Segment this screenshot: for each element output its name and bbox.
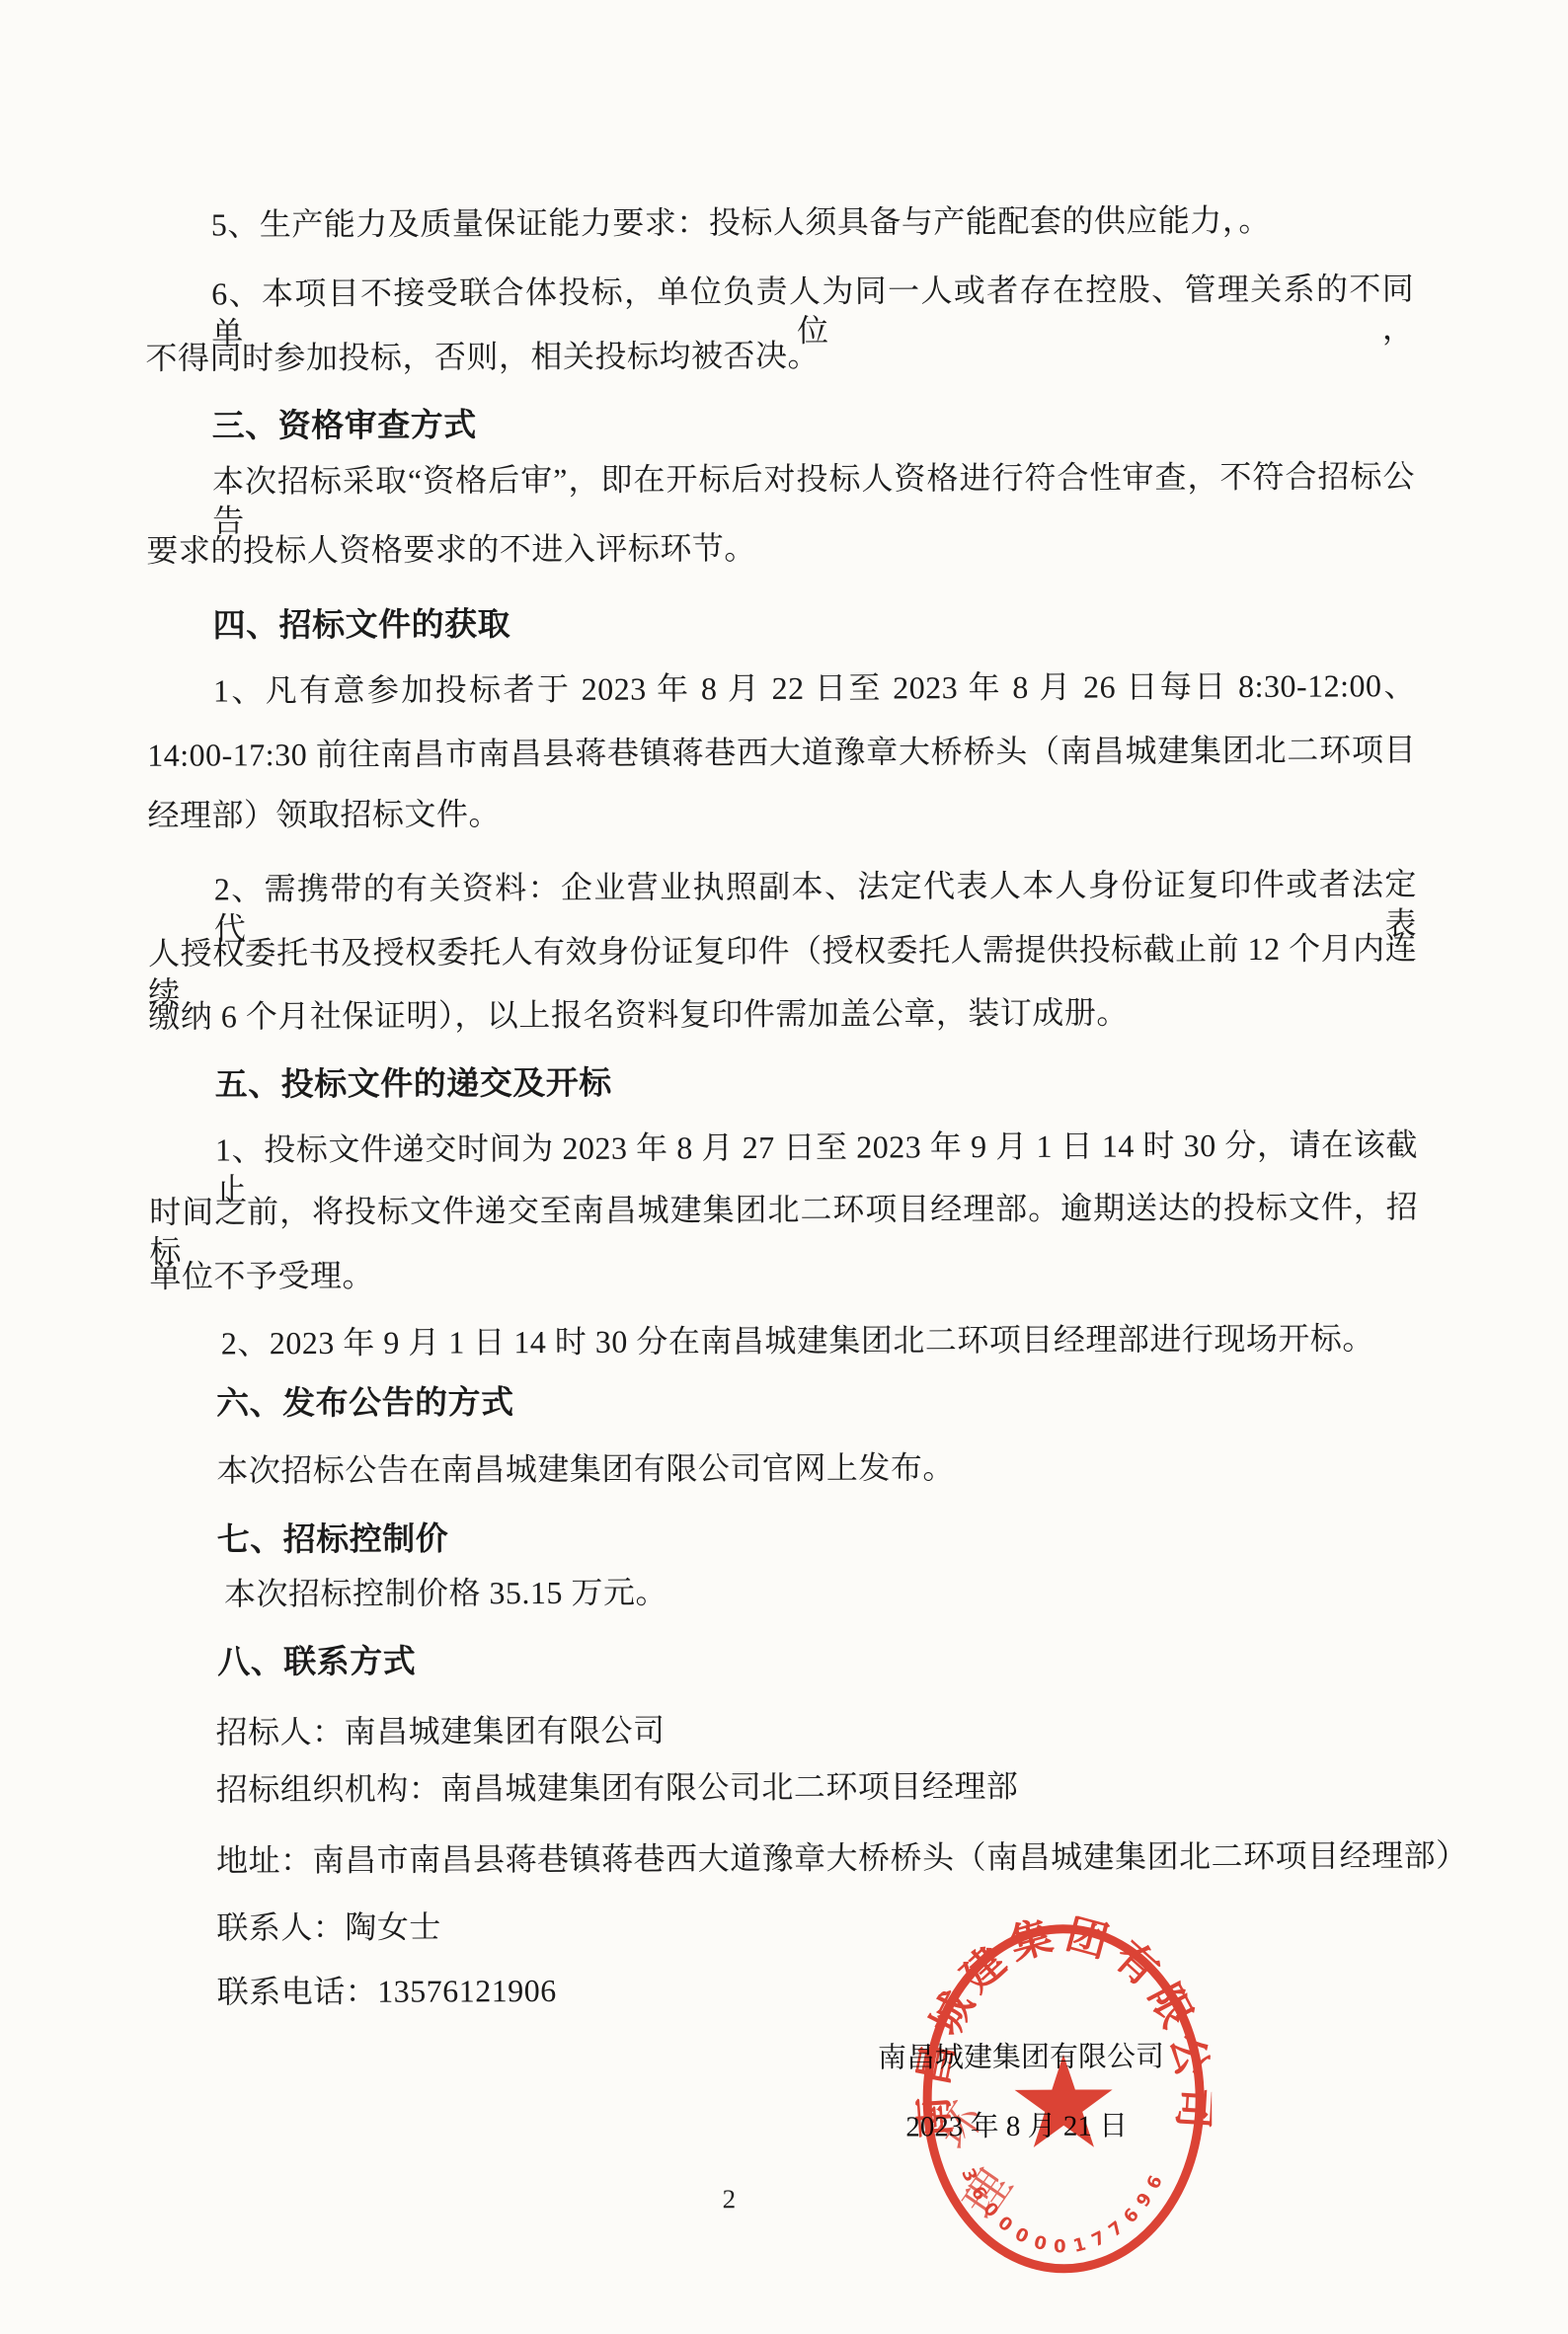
section-heading-5: 五、投标文件的递交及开标 <box>215 1064 612 1106</box>
text-line: 不得同时参加投标，否则，相关投标均被否决。 <box>145 336 820 378</box>
text-line: 要求的投标人资格要求的不进入评标环节。 <box>146 528 756 571</box>
section-heading-6: 六、发布公告的方式 <box>216 1383 514 1424</box>
text-line: 单位不予受理。 <box>149 1256 374 1296</box>
text-line: 本次招标采取“资格后审”，即在开标后对投标人资格进行符合性审查，不符合招标公告 <box>212 456 1415 540</box>
body-text-layer: 5、生产能力及质量保证能力要求：投标人须具备与产能配套的供应能力，。6、本项目不… <box>0 0 1564 3</box>
text-line: 2、2023 年 9 月 1 日 14 时 30 分在南昌城建集团北二环项目经理… <box>221 1318 1374 1362</box>
section-heading-7: 七、招标控制价 <box>217 1519 449 1560</box>
text-line: 本次招标公告在南昌城建集团有限公司官网上发布。 <box>216 1447 955 1490</box>
tenderer-line: 招标人：南昌城建集团有限公司 <box>215 1711 665 1752</box>
document-page: 5、生产能力及质量保证能力要求：投标人须具备与产能配套的供应能力，。6、本项目不… <box>0 0 1568 2334</box>
text-line: 本次招标控制价格 35.15 万元。 <box>224 1573 667 1614</box>
text-line: 5、生产能力及质量保证能力要求：投标人须具备与产能配套的供应能力，。 <box>211 200 1271 245</box>
address-line: 地址：南昌市南昌县蒋巷镇蒋巷西大道豫章大桥桥头（南昌城建集团北二环项目经理部） <box>216 1835 1468 1881</box>
seal-star-icon <box>1014 2055 1112 2148</box>
text-line: 经理部）领取招标文件。 <box>147 794 501 835</box>
company-seal-stamp-icon: 南昌城建集团有限公司 3600000177696 环 理 <box>914 1915 1213 2292</box>
page-number: 2 <box>723 2184 737 2215</box>
organizer-line: 招标组织机构：南昌城建集团有限公司北二环项目经理部 <box>216 1766 1019 1810</box>
text-line: 缴纳 6 个月社保证明），以上报名资料复印件需加盖公章，装订成册。 <box>148 992 1129 1036</box>
contact-phone-line: 联系电话：13576121906 <box>217 1971 557 2012</box>
scanned-content: 5、生产能力及质量保证能力要求：投标人须具备与产能配套的供应能力，。6、本项目不… <box>0 0 1568 2334</box>
contact-person-line: 联系人：陶女士 <box>216 1907 441 1948</box>
section-heading-3: 三、资格审查方式 <box>212 406 477 446</box>
section-heading-8: 八、联系方式 <box>217 1643 416 1683</box>
section-heading-4: 四、招标文件的获取 <box>213 605 511 646</box>
text-line: 1、凡有意参加投标者于 2023 年 8 月 22 日至 2023 年 8 月 … <box>213 665 1416 710</box>
text-line: 14:00-17:30 前往南昌市南昌县蒋巷镇蒋巷西大道豫章大桥桥头（南昌城建集… <box>147 730 1416 775</box>
